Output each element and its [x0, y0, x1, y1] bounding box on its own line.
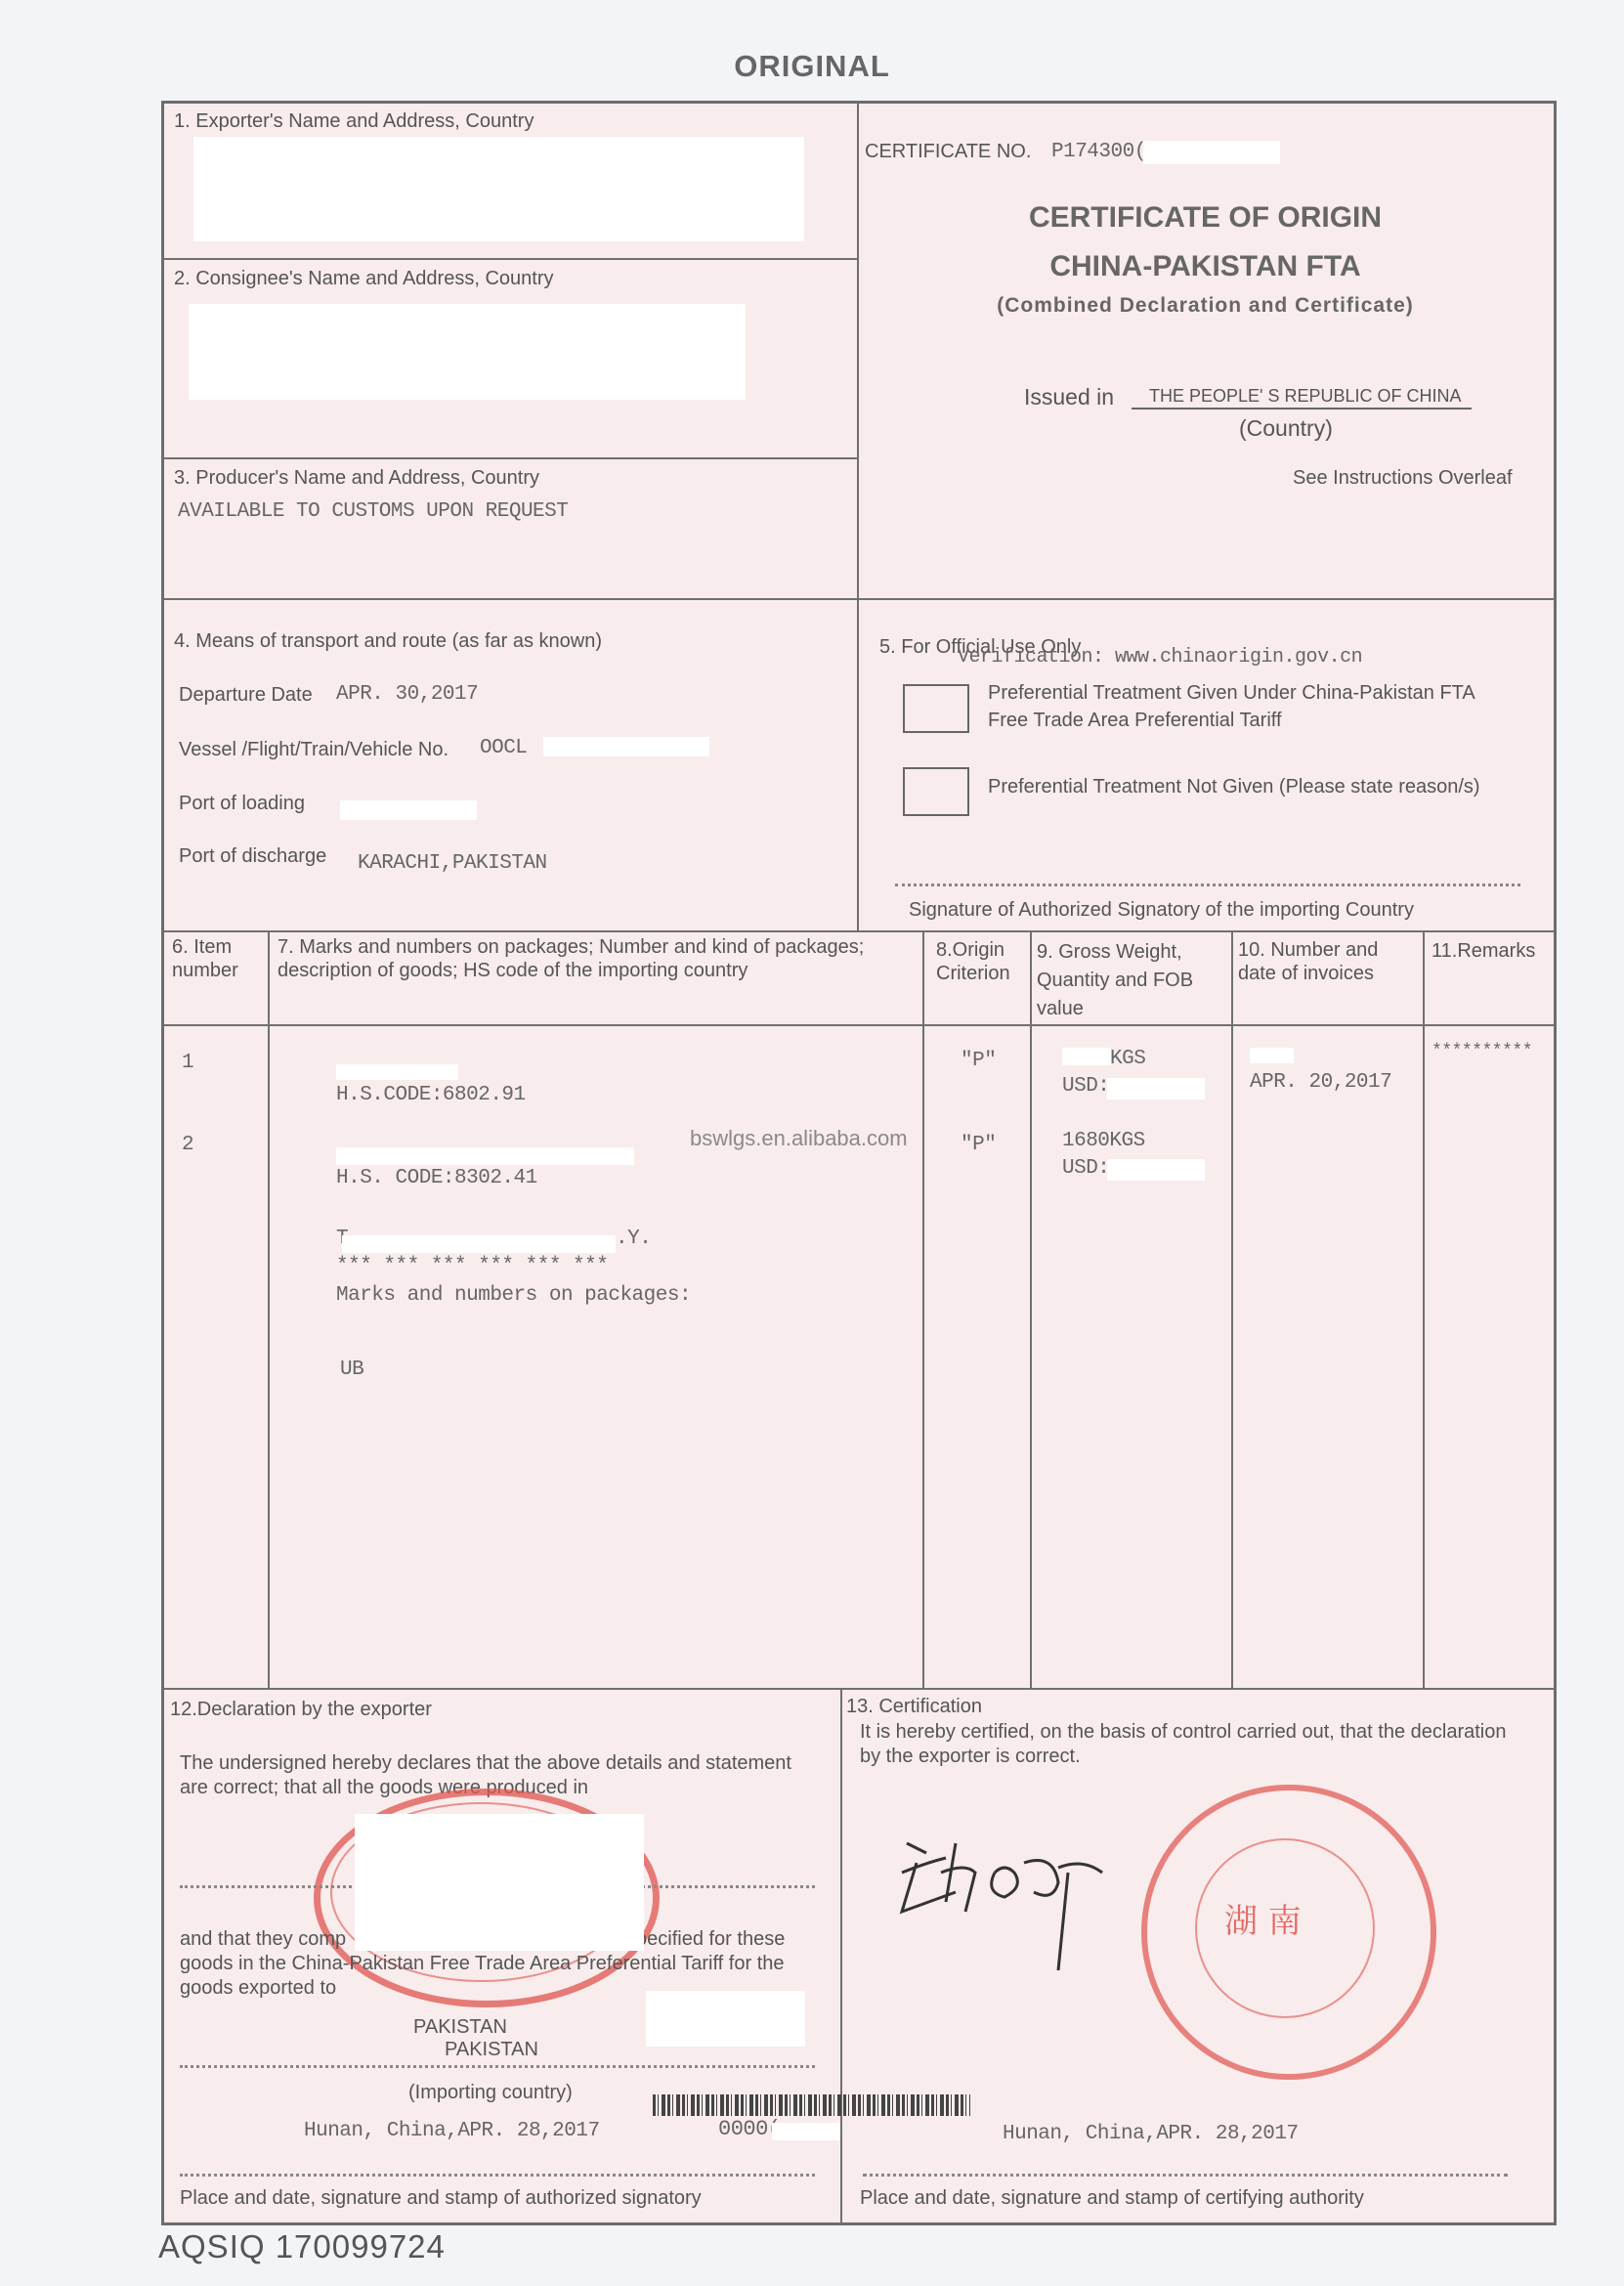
- row2-origin: "P": [961, 1134, 996, 1156]
- declaration-text-3b: pecified for these: [636, 1926, 785, 1952]
- verification-url: Verification: www.chinaorigin.gov.cn: [958, 646, 1362, 669]
- discharge-value: KARACHI,PAKISTAN: [358, 852, 547, 875]
- preferential-given-line2: Free Trade Area Preferential Tariff: [988, 708, 1282, 733]
- certification-text-2: by the exporter is correct.: [860, 1744, 1081, 1769]
- issued-in-value: THE PEOPLE' S REPUBLIC OF CHINA: [1132, 385, 1472, 410]
- header-origin-criterion: 8.OriginCriterion: [936, 938, 1010, 985]
- certifier-caption: Place and date, signature and stamp of c…: [860, 2185, 1364, 2211]
- certificate-subtitle-fta: CHINA-PAKISTAN FTA: [857, 250, 1554, 283]
- row2-hs-code: H.S. CODE:8302.41: [336, 1167, 537, 1189]
- producer-label: 3. Producer's Name and Address, Country: [174, 465, 539, 491]
- divider: [164, 930, 1554, 932]
- departure-label: Departure Date: [179, 682, 313, 708]
- row1-weight: KGS: [1110, 1048, 1145, 1070]
- row1-item: 1: [182, 1052, 193, 1074]
- divider: [164, 457, 857, 459]
- exporter-stamp-redacted: [355, 1814, 644, 1951]
- row2-item: 2: [182, 1134, 193, 1156]
- exporter-signatory-caption: Place and date, signature and stamp of a…: [180, 2185, 702, 2211]
- divider: [164, 258, 857, 260]
- original-header: ORIGINAL: [0, 49, 1624, 84]
- row2-description-redacted: [336, 1147, 634, 1165]
- stars-line: *** *** *** *** *** ***: [336, 1255, 608, 1277]
- divider: [164, 1688, 1554, 1690]
- importing-country-2: PAKISTAN: [445, 2037, 538, 2062]
- certificate-no-value: P174300(: [1051, 141, 1146, 163]
- row1-hs-code: H.S.CODE:6802.91: [336, 1084, 526, 1106]
- barcode-number-redacted: [772, 2123, 840, 2140]
- certifier-signature-line: [863, 2174, 1508, 2177]
- country-caption: (Country): [1239, 414, 1333, 444]
- certificate-title: CERTIFICATE OF ORIGIN: [857, 201, 1554, 235]
- declaration-label: 12.Declaration by the exporter: [170, 1697, 432, 1722]
- authority-stamp-center: 湖 南: [1224, 1900, 1302, 1943]
- aqsiq-code: AQSIQ 170099724: [158, 2228, 446, 2265]
- preferential-given-checkbox[interactable]: [903, 684, 969, 733]
- header-item-number: 6. Itemnumber: [172, 935, 238, 982]
- row1-remarks: **********: [1432, 1042, 1532, 1061]
- divider: [1231, 930, 1233, 1688]
- total-redacted: [342, 1235, 616, 1253]
- row1-weight-redacted: [1062, 1048, 1111, 1065]
- header-invoices: 10. Number anddate of invoices: [1238, 938, 1378, 985]
- instructions-note: See Instructions Overleaf: [1293, 465, 1513, 491]
- discharge-label: Port of discharge: [179, 843, 326, 869]
- certification-label: 13. Certification: [846, 1694, 982, 1719]
- barcode: [653, 2094, 970, 2116]
- preferential-not-given-label: Preferential Treatment Not Given (Please…: [988, 774, 1480, 799]
- row2-fob: USD:: [1062, 1157, 1109, 1180]
- header-remarks: 11.Remarks: [1432, 938, 1535, 964]
- row2-fob-redacted: [1107, 1159, 1205, 1181]
- divider: [164, 598, 1554, 600]
- barcode-number: 0000(: [718, 2117, 781, 2141]
- divider: [164, 1024, 1554, 1026]
- marks-value: UB: [340, 1359, 363, 1381]
- vessel-label: Vessel /Flight/Train/Vehicle No.: [179, 737, 449, 762]
- declaration-text-5: goods exported to: [180, 1975, 336, 2001]
- vessel-redacted: [543, 737, 709, 756]
- watermark: bswlgs.en.alibaba.com: [690, 1125, 908, 1153]
- exporter-signature-redacted: [646, 1991, 805, 2047]
- declaration-text-1: The undersigned hereby declares that the…: [180, 1750, 791, 1776]
- producer-value: AVAILABLE TO CUSTOMS UPON REQUEST: [178, 500, 568, 523]
- preferential-not-given-checkbox[interactable]: [903, 767, 969, 816]
- header-gross-weight: 9. Gross Weight,Quantity and FOBvalue: [1037, 938, 1193, 1023]
- certifier-signature: [887, 1804, 1141, 1980]
- certificate-subtitle: (Combined Declaration and Certificate): [857, 294, 1554, 318]
- total-suffix: .Y.: [616, 1228, 651, 1250]
- certificate-form: 1. Exporter's Name and Address, Country …: [161, 101, 1557, 2225]
- loading-redacted: [340, 800, 477, 820]
- vessel-value: OOCL: [480, 737, 527, 759]
- signature-line: [895, 884, 1520, 886]
- declaration-text-3a: and that they comp: [180, 1926, 346, 1952]
- divider: [1030, 930, 1032, 1688]
- departure-value: APR. 30,2017: [336, 683, 478, 706]
- divider: [840, 1688, 842, 2222]
- certifier-place-date: Hunan, China,APR. 28,2017: [1003, 2123, 1299, 2145]
- preferential-given-line1: Preferential Treatment Given Under China…: [988, 680, 1475, 706]
- divider: [922, 930, 924, 1688]
- marks-label: Marks and numbers on packages:: [336, 1284, 691, 1307]
- transport-label: 4. Means of transport and route (as far …: [174, 628, 602, 654]
- row1-description-redacted: [336, 1064, 458, 1080]
- importing-signatory-caption: Signature of Authorized Signatory of the…: [909, 897, 1414, 923]
- consignee-redacted: [189, 304, 746, 400]
- consignee-label: 2. Consignee's Name and Address, Country: [174, 266, 553, 291]
- divider: [1423, 930, 1425, 1688]
- issued-in-label: Issued in: [1024, 383, 1114, 412]
- row1-origin: "P": [961, 1050, 996, 1072]
- exporter-place-date: Hunan, China,APR. 28,2017: [304, 2120, 600, 2142]
- header-marks-description: 7. Marks and numbers on packages; Number…: [278, 935, 864, 982]
- declaration-text-4: goods in the China-Pakistan Free Trade A…: [180, 1951, 785, 1976]
- row1-invoice-date: APR. 20,2017: [1250, 1071, 1391, 1094]
- exporter-signature-dotline: [180, 2174, 815, 2177]
- certificate-no-label: CERTIFICATE NO.: [865, 139, 1031, 164]
- divider: [268, 930, 270, 1688]
- loading-label: Port of loading: [179, 791, 305, 816]
- exporter-label: 1. Exporter's Name and Address, Country: [174, 108, 534, 134]
- importing-country-line: [180, 2065, 815, 2068]
- certificate-no-redacted: [1143, 141, 1280, 164]
- certification-text-1: It is hereby certified, on the basis of …: [860, 1719, 1506, 1745]
- row2-weight: 1680KGS: [1062, 1130, 1145, 1152]
- row1-fob: USD:: [1062, 1075, 1109, 1098]
- row1-fob-redacted: [1107, 1078, 1205, 1100]
- exporter-redacted: [193, 137, 804, 241]
- importing-country-caption: (Importing country): [408, 2080, 573, 2105]
- row1-invoice-redacted: [1250, 1048, 1294, 1063]
